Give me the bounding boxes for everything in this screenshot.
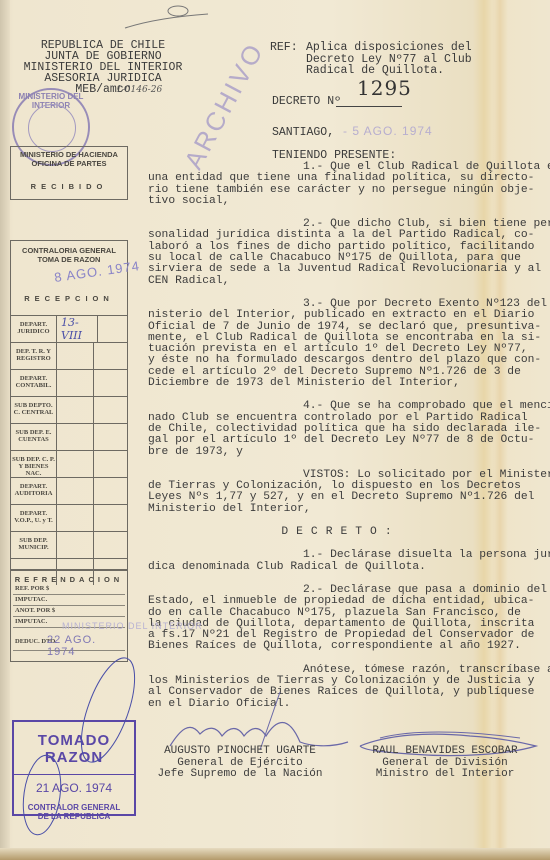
paper-left-edge bbox=[0, 0, 10, 860]
routing-row: DEPART. JURIDICO13-VIII bbox=[11, 315, 127, 342]
routing-row: DEPART. CONTABIL. bbox=[11, 369, 127, 396]
consideration-2: 2.- Que dicho Club, si bien tiene per- s… bbox=[148, 219, 523, 287]
routing-row: DEPART. AUDITORIA bbox=[11, 477, 127, 504]
routing-row: SUB DEP. MUNICIP. bbox=[11, 531, 127, 558]
received-label: RECIBIDO bbox=[11, 182, 127, 191]
refrendacion-line: IMPUTAC. bbox=[13, 595, 125, 606]
decree-number-underline bbox=[336, 106, 402, 107]
refrendacion-line: ANOT. POR $ bbox=[13, 606, 125, 617]
refrendacion-box: REFRENDACION REF. POR $ IMPUTAC. ANOT. P… bbox=[10, 570, 128, 662]
reception-label: RECEPCION bbox=[11, 294, 127, 303]
signature-block-pinochet: AUGUSTO PINOCHET UGARTE General de Ejérc… bbox=[140, 746, 340, 781]
archivo-stamp: ARCHIVO bbox=[178, 37, 271, 175]
routing-grid: DEPART. JURIDICO13-VIII DEP. T. R. Y REG… bbox=[11, 315, 127, 585]
routing-row: SUB DEP. E. CUENTAS bbox=[11, 423, 127, 450]
signatory-name: AUGUSTO PINOCHET UGARTE bbox=[140, 746, 340, 758]
decree-date-stamp: - 5 AGO. 1974 bbox=[343, 124, 433, 138]
refrendacion-line: REF. POR $ bbox=[13, 584, 125, 595]
seal-inner-ring bbox=[28, 104, 76, 152]
signatory-title: Jefe Supremo de la Nación bbox=[140, 769, 340, 781]
issuer-header: REPUBLICA DE CHILE JUNTA DE GOBIERNO MIN… bbox=[18, 40, 188, 95]
paper-bottom-edge bbox=[0, 848, 550, 860]
hacienda-received-box: MINISTERIO DE HACIENDA OFICINA DE PARTES… bbox=[10, 146, 128, 200]
routing-row: SUB DEPTO. C. CENTRAL bbox=[11, 396, 127, 423]
article-1: 1.- Declárase disuelta la persona jurí- … bbox=[148, 550, 523, 573]
consideration-4: 4.- Que se ha comprobado que el mencio- … bbox=[148, 401, 523, 457]
vistos-paragraph: VISTOS: Lo solicitado por el Ministerio … bbox=[148, 470, 523, 515]
routing-row: DEPART. V.O.P., U. y T. bbox=[11, 504, 127, 531]
decree-number-label: DECRETO Nº bbox=[272, 95, 341, 108]
hacienda-title: MINISTERIO DE HACIENDA OFICINA DE PARTES bbox=[11, 150, 127, 168]
handwritten-ref-code: 1-0146-26 bbox=[116, 85, 162, 96]
article-2: 2.- Declárase que pasa a dominio del Est… bbox=[148, 585, 523, 653]
decree-number: 1295 bbox=[357, 76, 412, 100]
decreto-heading: DECRETO: bbox=[148, 527, 523, 538]
refrendacion-title: REFRENDACION bbox=[11, 575, 127, 584]
place-label: SANTIAGO, bbox=[272, 126, 334, 139]
top-scribble-mark bbox=[120, 2, 210, 32]
routing-row: DEP. T. R. Y REGISTRO bbox=[11, 342, 127, 369]
decree-body: 1.- Que el Club Radical de Quillota es u… bbox=[148, 162, 523, 722]
signatory-title: Ministro del Interior bbox=[365, 769, 525, 781]
contralor-initials-scrawl bbox=[14, 650, 144, 840]
contraloria-routing-box: CONTRALORIA GENERAL TOMA DE RAZON RECEPC… bbox=[10, 240, 128, 570]
faded-ministry-stamp: MINISTERIO DEL INTERIOR bbox=[62, 621, 203, 631]
ref-label: REF: bbox=[270, 42, 298, 54]
routing-row: SUB DEP. C. P. Y BIENES NAC. bbox=[11, 450, 127, 477]
consideration-1: 1.- Que el Club Radical de Quillota es u… bbox=[148, 162, 523, 207]
signatory-name: RAUL BENAVIDES ESCOBAR bbox=[365, 746, 525, 758]
signature-block-benavides: RAUL BENAVIDES ESCOBAR General de Divisi… bbox=[365, 746, 525, 781]
consideration-3: 3.- Que por Decreto Exento Nº123 del Mi-… bbox=[148, 299, 523, 389]
ref-text: Aplica disposiciones del Decreto Ley Nº7… bbox=[306, 42, 521, 77]
